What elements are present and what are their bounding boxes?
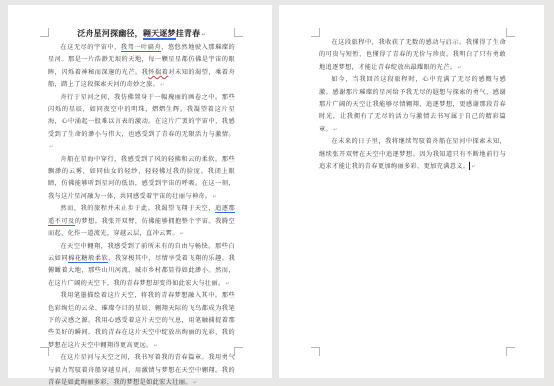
margin-corner-top-left [311, 28, 320, 37]
paragraph: 在这片星河与天空之间，我书写着我的青春篇章。我用勇气与毅力驾驭着舟船穿越星河，用… [48, 352, 235, 386]
title-highlight: 翱天逐梦 [143, 29, 176, 40]
paragraph: 我用笔墨描绘着这片天空，将我的青春梦想融入其中。那些色彩绚烂的云朵、璀璨夺目的星… [48, 290, 235, 352]
paragraph-mark: ↵ [49, 144, 54, 150]
text: 在这片星河与天空之间，我书写着我的青春篇章。我用勇气与毅力驾驭着舟船穿越星河，用… [48, 354, 235, 386]
paragraph: 在这无尽的宇宙中，我驾一叶扁舟，悠悠然地驶入那璀璨的星河。那是一片浩渺无垠的天地… [48, 42, 235, 92]
paragraph-mark: ↵ [226, 281, 231, 287]
paragraph: 舟船在星海中穿行，我感受到了风的轻拂和云的柔软。那些飘渺的云雾，如同仙女的轻纱，… [48, 154, 235, 204]
paragraph-mark: ↵ [333, 127, 338, 133]
paragraph: 在天空中翱翔，我感受到了前所未有的自由与畅快。那些白云如同棉花糖般柔软，我穿梭其… [48, 241, 235, 291]
spellcheck-text: 怀揣着 [148, 69, 168, 76]
page-1-body[interactable]: 泛舟星河探幽径，翱天逐梦挂青春↵ 在这无尽的宇宙中，我驾一叶扁舟，悠悠然地驶入那… [48, 27, 235, 386]
page-2-body[interactable]: 在这段旅程中，我收获了无数的感动与启示。我懂得了生命的可贵与短暂，也懂得了青春的… [319, 37, 506, 173]
text: 的梦想。我张开双臂，仿佛能够拥抱整个宇宙。我腾空而起，化作一道流光，穿越云层，直… [48, 218, 235, 237]
margin-corner-bottom-right [506, 347, 515, 356]
margin-corner-top-right [506, 28, 515, 37]
margin-corner-bottom-right [234, 347, 243, 356]
document-title: 泛舟星河探幽径，翱天逐梦挂青春↵ [48, 27, 235, 42]
text: 在这无尽的宇宙中， [60, 44, 121, 51]
underlined-text: 棉花糖般柔软 [68, 255, 108, 263]
paragraph: 舟行于星河之间，我仿佛置身于一幅瑰丽的画卷之中。那些闪烁的星辰，如同夜空中的明珠… [48, 92, 235, 154]
title-part: 泛舟星河探幽径， [77, 29, 143, 38]
paragraph-mark: ↵ [471, 164, 476, 170]
margin-corner-bottom-left [311, 347, 320, 356]
paragraph-mark: ↵ [212, 194, 217, 200]
paragraph-mark: ↵ [180, 231, 185, 237]
underlined-text: 我驾一叶扁舟 [121, 44, 161, 52]
text: 如今，当我回首这段旅程时，心中充满了无尽的感慨与感激。感谢那片璀璨的星河给予我无… [319, 76, 506, 133]
paragraph-mark: ↵ [154, 343, 159, 349]
page-2[interactable]: 在这段旅程中，我收获了无数的感动与启示。我懂得了生命的可贵与短暂，也懂得了青春的… [279, 5, 544, 378]
paragraph: 如今，当我回首这段旅程时，心中充满了无尽的感慨与感激。感谢那片璀璨的星河给予我无… [319, 74, 506, 136]
paragraph: 在这段旅程中，我收获了无数的感动与启示。我懂得了生命的可贵与短暂，也懂得了青春的… [319, 37, 506, 74]
paragraph-mark: ↵ [457, 65, 462, 71]
text: 舟行于星河之间，我仿佛置身于一幅瑰丽的画卷之中。那些闪烁的星辰，如同夜空中的明珠… [48, 94, 235, 138]
title-part: 挂青春 [176, 29, 201, 38]
paragraph-mark: ↵ [201, 32, 205, 38]
text: 然而，我的旅程并未止步于此。我渴望飞翔于天空， [60, 205, 215, 212]
margin-corner-top-right [234, 28, 243, 37]
text: 在未来的日子里，我将继续驾驭着舟船在星河中探索未知，继续张开双臂在天空中追逐梦想… [319, 138, 506, 170]
paragraph-mark: ↵ [160, 82, 165, 88]
paragraph: 在未来的日子里，我将继续驾驭着舟船在星河中探索未知，继续张开双臂在天空中追逐梦想… [319, 136, 506, 173]
paragraph: 然而，我的旅程并未止步于此。我渴望飞翔于天空，追逐那遥不可及的梦想。我张开双臂，… [48, 203, 235, 240]
text: 在这段旅程中，我收获了无数的感动与启示。我懂得了生命的可贵与短暂，也懂得了青春的… [319, 39, 506, 71]
paragraph-mark: ↵ [193, 380, 198, 386]
text: 我用笔墨描绘着这片天空，将我的青春梦想融入其中。那些色彩绚烂的云朵、璀璨夺目的星… [48, 292, 235, 349]
text: 舟船在星海中穿行，我感受到了风的轻拂和云的柔软。那些飘渺的云雾，如同仙女的轻纱，… [48, 156, 235, 200]
page-1[interactable]: 泛舟星河探幽径，翱天逐梦挂青春↵ 在这无尽的宇宙中，我驾一叶扁舟，悠悠然地驶入那… [8, 5, 272, 378]
